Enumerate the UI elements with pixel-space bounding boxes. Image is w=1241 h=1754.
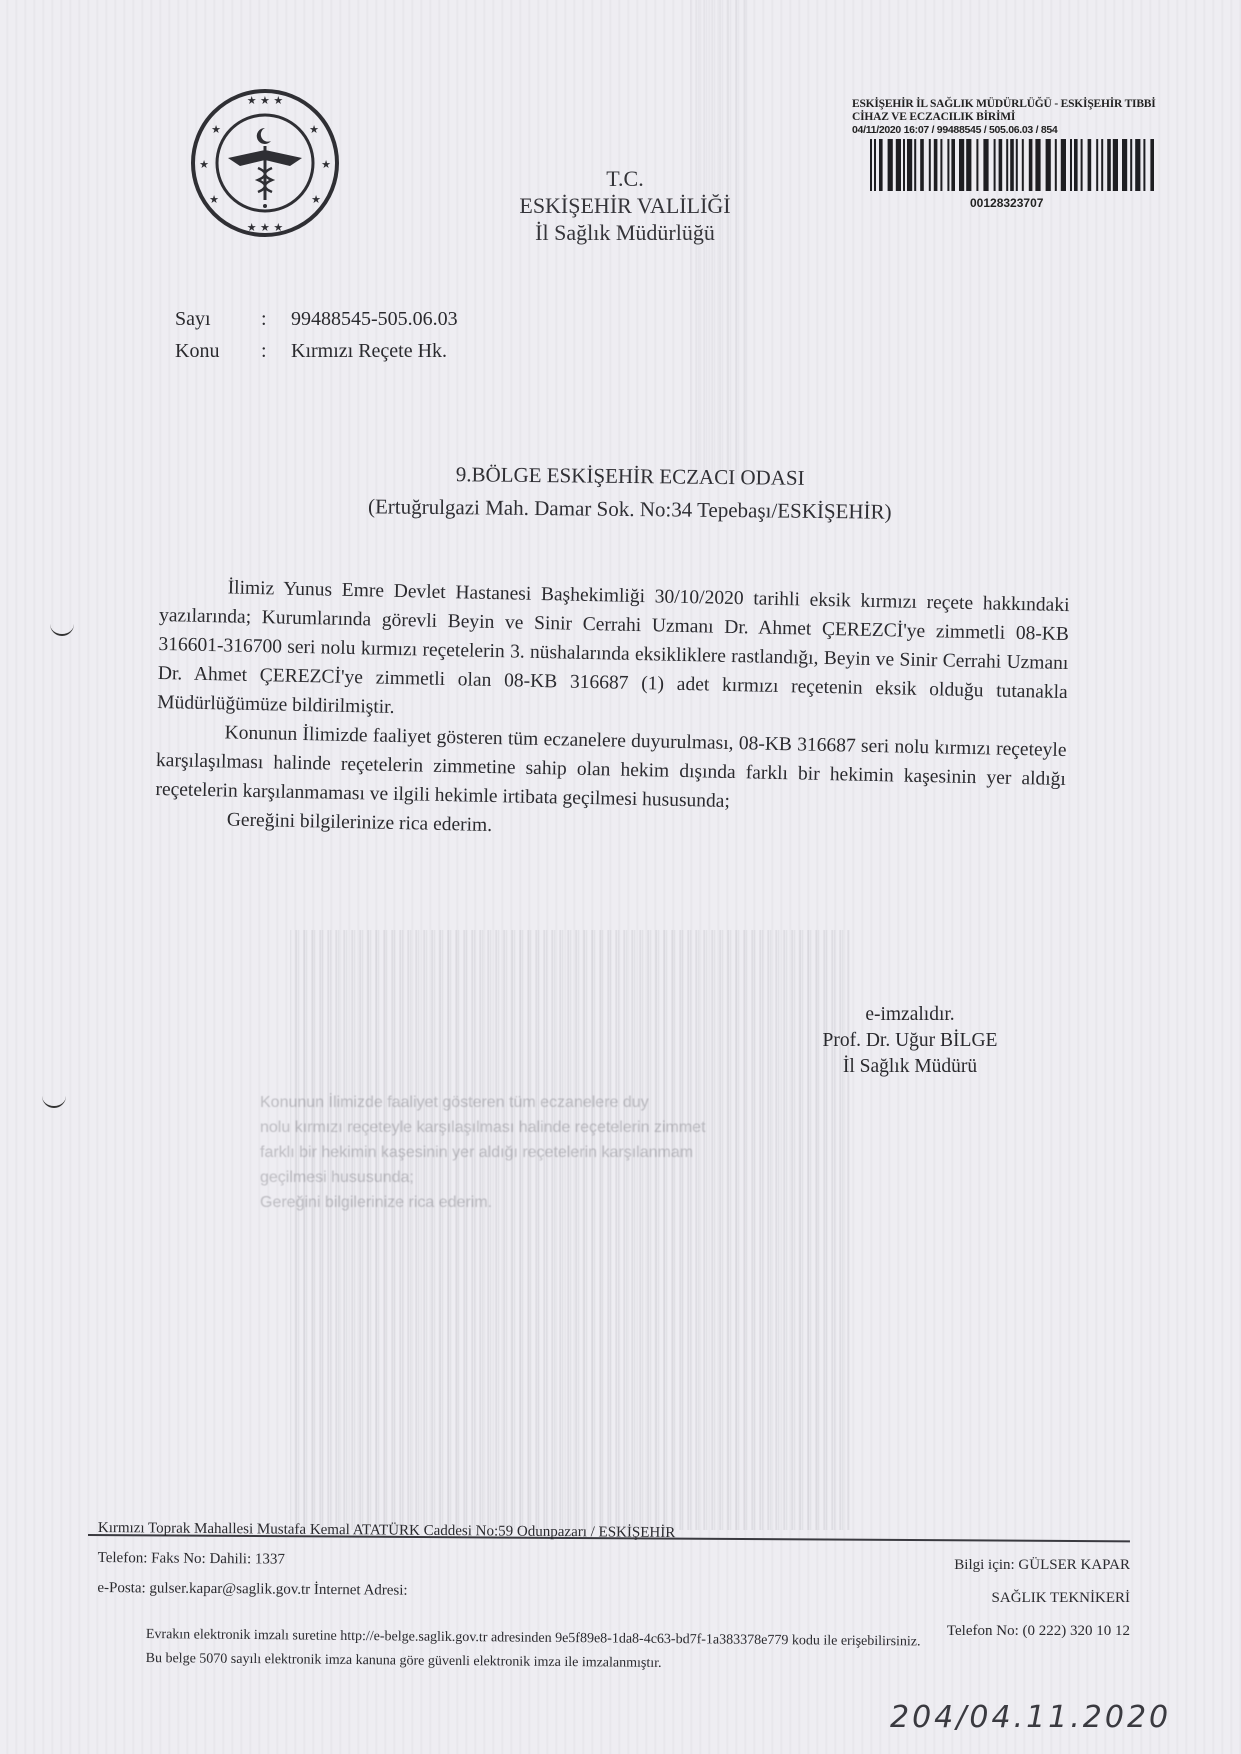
header-directorate: İl Sağlık Müdürlüğü	[500, 219, 750, 246]
ghost-line: geçilmesi hususunda;	[260, 1165, 820, 1190]
svg-text:★: ★	[309, 123, 319, 136]
ghost-line: nolu kırmızı reçeteyle karşılaşılması ha…	[260, 1115, 820, 1140]
sayi-row: Sayı : 99488545-505.06.03	[175, 303, 458, 335]
handwritten-note: 204/04.11.2020	[890, 1700, 1171, 1735]
hole-punch-mark	[42, 1092, 66, 1108]
konu-colon: :	[261, 335, 291, 367]
stamp-line-2: CİHAZ VE ECZACILIK BİRİMİ	[852, 111, 1197, 124]
info-title: SAĞLIK TEKNİKERİ	[880, 1582, 1130, 1615]
svg-text:★: ★	[199, 158, 209, 171]
body-paragraph-1: İlimiz Yunus Emre Devlet Hastanesi Başhe…	[157, 572, 1070, 736]
signature-block: e-imzalıdır. Prof. Dr. Uğur BİLGE İl Sağ…	[790, 1002, 1030, 1080]
svg-text:★: ★	[211, 123, 221, 136]
stamp-line-1: ESKİŞEHİR İL SAĞLIK MÜDÜRLÜĞÜ - ESKİŞEHİ…	[852, 98, 1197, 111]
footer-email: e-Posta: gulser.kapar@saglik.gov.tr İnte…	[97, 1577, 777, 1605]
ghost-line: Konunun İlimizde faaliyet gösteren tüm e…	[260, 1090, 820, 1115]
footer-phone: Telefon: Faks No: Dahili: 1337	[98, 1547, 778, 1575]
konu-row: Konu : Kırmızı Reçete Hk.	[175, 335, 458, 367]
stamp-line-3: 04/11/2020 16:07 / 99488545 / 505.06.03 …	[852, 124, 1197, 137]
sayi-colon: :	[261, 303, 291, 335]
signatory-title: İl Sağlık Müdürü	[790, 1054, 1030, 1080]
header-governorship: ESKİŞEHİR VALİLİĞİ	[500, 192, 750, 219]
konu-value: Kırmızı Reçete Hk.	[291, 335, 447, 367]
svg-text:★ ★ ★: ★ ★ ★	[247, 94, 284, 107]
recipient-block: 9.BÖLGE ESKİŞEHİR ECZACI ODASI (Ertuğrul…	[300, 457, 961, 530]
letterhead: T.C. ESKİŞEHİR VALİLİĞİ İl Sağlık Müdürl…	[500, 165, 750, 246]
sayi-value: 99488545-505.06.03	[291, 303, 458, 335]
konu-label: Konu	[175, 335, 261, 367]
barcode-number: 00128323707	[970, 196, 1197, 210]
svg-text:★: ★	[311, 193, 321, 206]
svg-text:★: ★	[321, 158, 331, 171]
scan-texture	[0, 0, 1241, 1754]
svg-text:★: ★	[209, 193, 219, 206]
letter-body: İlimiz Yunus Emre Devlet Hastanesi Başhe…	[155, 572, 1070, 852]
document-meta: Sayı : 99488545-505.06.03 Konu : Kırmızı…	[175, 303, 458, 367]
scan-artifact	[290, 930, 850, 1530]
info-contact: Bilgi için: GÜLSER KAPAR	[880, 1549, 1130, 1582]
document-stamp: ESKİŞEHİR İL SAĞLIK MÜDÜRLÜĞÜ - ESKİŞEHİ…	[852, 98, 1197, 210]
footer-contact: Kırmızı Toprak Mahallesi Mustafa Kemal A…	[97, 1517, 778, 1605]
header-tc: T.C.	[500, 165, 750, 192]
sayi-label: Sayı	[175, 303, 261, 335]
barcode-icon	[870, 139, 1160, 191]
bleed-through-text: Konunun İlimizde faaliyet gösteren tüm e…	[260, 1090, 820, 1215]
signatory-name: Prof. Dr. Uğur BİLGE	[790, 1028, 1030, 1054]
ministry-of-health-seal-icon: ★ ★ ★ ★★ ★★ ★★ ★ ★ ★	[190, 88, 340, 238]
footer-address: Kırmızı Toprak Mahallesi Mustafa Kemal A…	[98, 1517, 738, 1545]
ghost-line: farklı bir hekimin kaşesinin yer aldığı …	[260, 1140, 820, 1165]
ghost-line: Gereğini bilgilerinize rica ederim.	[260, 1190, 820, 1215]
hole-punch-mark	[50, 620, 74, 636]
esign-label: e-imzalıdır.	[790, 1002, 1030, 1028]
recipient-address: (Ertuğrulgazi Mah. Damar Sok. No:34 Tepe…	[300, 490, 960, 530]
svg-text:★ ★ ★: ★ ★ ★	[247, 221, 284, 234]
footer-verification: Evrakın elektronik imzalı suretine http:…	[146, 1623, 1096, 1680]
